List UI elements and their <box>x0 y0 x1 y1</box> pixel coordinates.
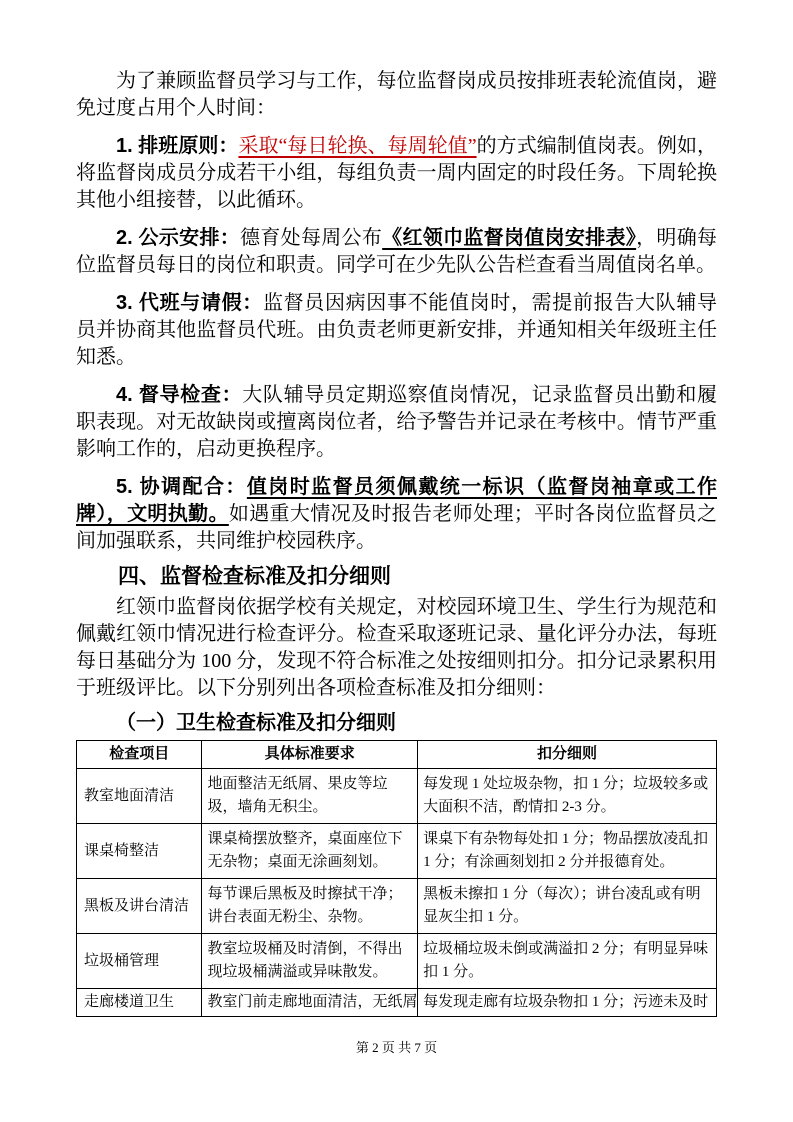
page-number: 第 2 页 共 7 页 <box>0 1037 793 1056</box>
table-cell: 每发现 1 处垃圾杂物，扣 1 分；垃圾较多或大面积不洁，酌情扣 2-3 分。 <box>418 769 717 824</box>
table-cell: 课桌椅摆放整齐，桌面座位下无杂物；桌面无涂画刻划。 <box>202 824 418 879</box>
item-segment-label: 5. 协调配合： <box>116 476 247 498</box>
hygiene-standards-table: 检查项目具体标准要求扣分细则 教室地面清洁地面整洁无纸屑、果皮等垃圾，墙角无积尘… <box>76 740 717 1017</box>
table-cell: 教室地面清洁 <box>77 769 202 824</box>
table-row: 走廊楼道卫生教室门前走廊地面清洁，无纸屑每发现走廊有垃圾杂物扣 1 分；污迹未及… <box>77 989 717 1017</box>
table-row: 垃圾桶管理教室垃圾桶及时清倒，不得出现垃圾桶满溢或异味散发。垃圾桶垃圾未倒或满溢… <box>77 934 717 989</box>
item-segment-label: 2. 公示安排： <box>116 227 240 249</box>
table-cell: 黑板未擦扣 1 分（每次）；讲台凌乱或有明显灰尘扣 1 分。 <box>418 879 717 934</box>
table-cell: 课桌椅整洁 <box>77 824 202 879</box>
document-page: 为了兼顾监督员学习与工作，每位监督岗成员按排班表轮流值岗，避免过度占用个人时间：… <box>0 0 793 1122</box>
table-row: 教室地面清洁地面整洁无纸屑、果皮等垃圾，墙角无积尘。每发现 1 处垃圾杂物，扣 … <box>77 769 717 824</box>
table-cell: 走廊楼道卫生 <box>77 989 202 1017</box>
item-segment-boldline: 《红领巾监督岗值岗安排表》 <box>382 227 636 249</box>
numbered-item: 3. 代班与请假：监督员因病因事不能值岗时，需提前报告大队辅导员并协商其他监督员… <box>76 290 717 371</box>
numbered-item: 1. 排班原则：采取“每日轮换、每周轮值”的方式编制值岗表。例如，将监督岗成员分… <box>76 133 717 214</box>
table-header-cell: 具体标准要求 <box>202 741 418 769</box>
item-segment-label: 4. 督导检查： <box>116 384 242 406</box>
table-header-cell: 检查项目 <box>77 741 202 769</box>
table-row: 课桌椅整洁课桌椅摆放整齐，桌面座位下无杂物；桌面无涂画刻划。课桌下有杂物每处扣 … <box>77 824 717 879</box>
table-cell: 每节课后黑板及时擦拭干净；讲台表面无粉尘、杂物。 <box>202 879 418 934</box>
table-cell: 每发现走廊有垃圾杂物扣 1 分；污迹未及时 <box>418 989 717 1017</box>
section-paragraph: 红领巾监督岗依据学校有关规定，对校园环境卫生、学生行为规范和佩戴红领巾情况进行检… <box>76 594 717 702</box>
table-cell: 教室垃圾桶及时清倒，不得出现垃圾桶满溢或异味散发。 <box>202 934 418 989</box>
table-header-cell: 扣分细则 <box>418 741 717 769</box>
table-header-row: 检查项目具体标准要求扣分细则 <box>77 741 717 769</box>
section-heading: 四、监督检查标准及扣分细则 <box>76 564 717 590</box>
table-cell: 垃圾桶管理 <box>77 934 202 989</box>
table-cell: 课桌下有杂物每处扣 1 分；物品摆放凌乱扣 1 分；有涂画刻划扣 2 分并报德育… <box>418 824 717 879</box>
table-row: 黑板及讲台清洁每节课后黑板及时擦拭干净；讲台表面无粉尘、杂物。黑板未擦扣 1 分… <box>77 879 717 934</box>
table-cell: 教室门前走廊地面清洁，无纸屑 <box>202 989 418 1017</box>
item-segment-label: 3. 代班与请假： <box>116 292 263 314</box>
table-cell: 垃圾桶垃圾未倒或满溢扣 2 分；有明显异味扣 1 分。 <box>418 934 717 989</box>
table-header-row: 检查项目具体标准要求扣分细则 <box>77 741 717 769</box>
table-body: 教室地面清洁地面整洁无纸屑、果皮等垃圾，墙角无积尘。每发现 1 处垃圾杂物，扣 … <box>77 769 717 1017</box>
numbered-item: 4. 督导检查：大队辅导员定期巡察值岗情况，记录监督员出勤和履职表现。对无故缺岗… <box>76 382 717 463</box>
item-segment-text: 德育处每周公布 <box>240 227 382 249</box>
numbered-items-list: 1. 排班原则：采取“每日轮换、每周轮值”的方式编制值岗表。例如，将监督岗成员分… <box>76 133 717 555</box>
table-cell: 地面整洁无纸屑、果皮等垃圾，墙角无积尘。 <box>202 769 418 824</box>
item-segment-label: 1. 排班原则： <box>116 135 238 157</box>
intro-paragraph: 为了兼顾监督员学习与工作，每位监督岗成员按排班表轮流值岗，避免过度占用个人时间： <box>76 68 717 122</box>
item-segment-red: 采取“每日轮换、每周轮值” <box>238 135 476 157</box>
numbered-item: 2. 公示安排：德育处每周公布《红领巾监督岗值岗安排表》，明确每位监督员每日的岗… <box>76 225 717 279</box>
table-cell: 黑板及讲台清洁 <box>77 879 202 934</box>
numbered-item: 5. 协调配合：值岗时监督员须佩戴统一标识（监督岗袖章或工作牌），文明执勤。如遇… <box>76 474 717 555</box>
table-subheading: （一）卫生检查标准及扣分细则 <box>76 710 717 736</box>
